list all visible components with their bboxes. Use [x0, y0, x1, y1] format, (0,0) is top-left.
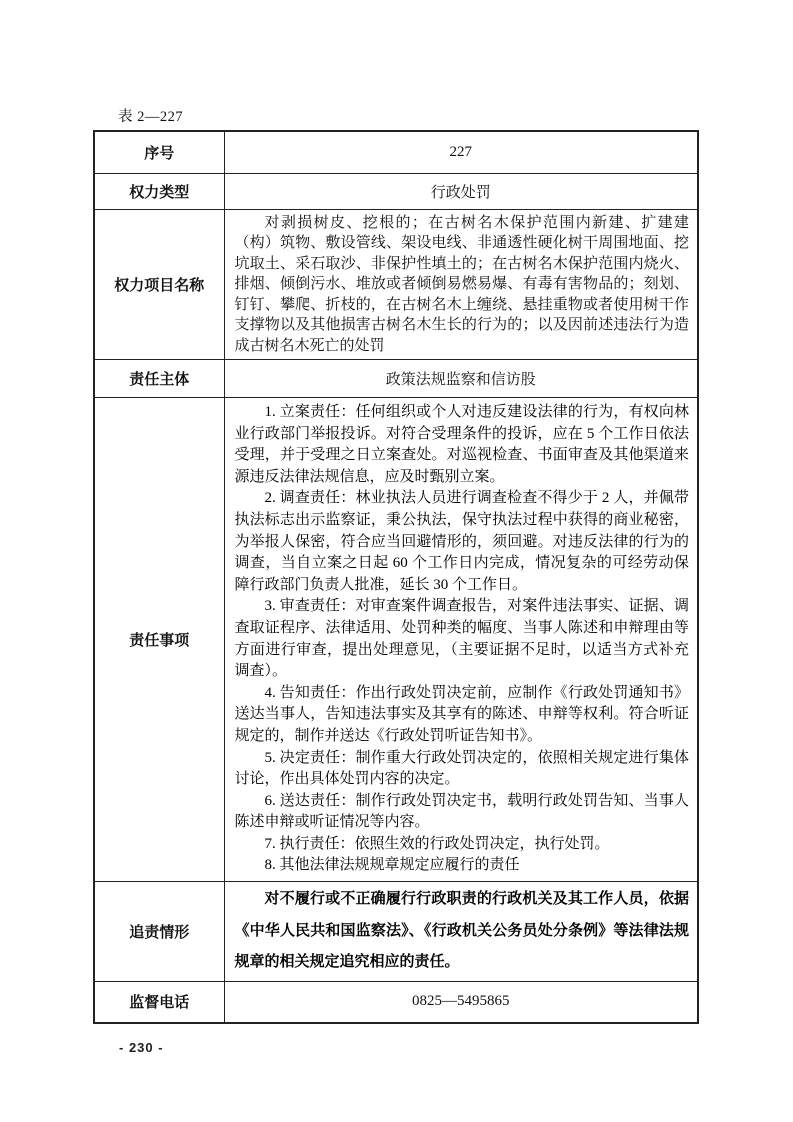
row-label-supervision-phone: 监督电话 [94, 981, 224, 1023]
responsibility-item: 8. 其他法律法规规章规定应履行的责任 [235, 855, 690, 877]
responsibility-item: 2. 调查责任：林业执法人员进行调查检查不得少于 2 人，并佩带执法标志出示监察… [235, 488, 690, 596]
row-value-power-type: 行政处罚 [224, 173, 698, 209]
row-value-accountability: 对不履行或不正确履行行政职责的行政机关及其工作人员，依据《中华人民共和国监察法》… [224, 882, 698, 982]
responsibility-item: 1. 立案责任：任何组织或个人对违反建设法律的行为，有权向林业行政部门举报投诉。… [235, 402, 690, 488]
row-label-power-type: 权力类型 [94, 173, 224, 209]
row-label-responsibility-items: 责任事项 [94, 398, 224, 882]
table-row-responsibility-items: 责任事项 1. 立案责任：任何组织或个人对违反建设法律的行为，有权向林业行政部门… [94, 398, 698, 882]
document-page: 表 2—227 序号 227 权力类型 行政处罚 权力项目名称 对剥损树皮、挖根… [0, 0, 793, 1122]
accountability-description: 对不履行或不正确履行行政职责的行政机关及其工作人员，依据《中华人民共和国监察法》… [235, 884, 690, 979]
responsibility-item: 5. 决定责任：制作重大行政处罚决定的，依照相关规定进行集体讨论，作出具体处罚内… [235, 748, 690, 791]
row-value-supervision-phone: 0825—5495865 [224, 981, 698, 1023]
table-caption: 表 2—227 [118, 105, 183, 126]
row-label-serial-number: 序号 [94, 131, 224, 173]
row-label-responsible-entity: 责任主体 [94, 360, 224, 398]
row-label-power-item-name: 权力项目名称 [94, 209, 224, 360]
responsibility-item: 4. 告知责任：作出行政处罚决定前，应制作《行政处罚通知书》送达当事人，告知违法… [235, 683, 690, 748]
table-row-supervision-phone: 监督电话 0825—5495865 [94, 981, 698, 1023]
responsibility-item: 7. 执行责任：依照生效的行政处罚决定，执行处罚。 [235, 834, 690, 856]
power-item-description: 对剥损树皮、挖根的；在古树名木保护范围内新建、扩建建（构）筑物、敷设管线、架设电… [235, 213, 690, 357]
row-value-responsibility-items: 1. 立案责任：任何组织或个人对违反建设法律的行为，有权向林业行政部门举报投诉。… [224, 398, 698, 882]
responsibility-item: 3. 审查责任：对审查案件调查报告，对案件违法事实、证据、调查取证程序、法律适用… [235, 596, 690, 682]
table-row-serial-number: 序号 227 [94, 131, 698, 173]
row-value-power-item-name: 对剥损树皮、挖根的；在古树名木保护范围内新建、扩建建（构）筑物、敷设管线、架设电… [224, 209, 698, 360]
responsibility-item: 6. 送达责任：制作行政处罚决定书，载明行政处罚告知、当事人陈述申辩或听证情况等… [235, 791, 690, 834]
table-row-accountability: 追责情形 对不履行或不正确履行行政职责的行政机关及其工作人员，依据《中华人民共和… [94, 882, 698, 982]
row-value-responsible-entity: 政策法规监察和信访股 [224, 360, 698, 398]
row-label-accountability: 追责情形 [94, 882, 224, 982]
page-number: - 230 - [119, 1040, 164, 1055]
row-value-serial-number: 227 [224, 131, 698, 173]
power-matrix-table: 序号 227 权力类型 行政处罚 权力项目名称 对剥损树皮、挖根的；在古树名木保… [93, 130, 699, 1024]
table-row-power-type: 权力类型 行政处罚 [94, 173, 698, 209]
table-row-power-item-name: 权力项目名称 对剥损树皮、挖根的；在古树名木保护范围内新建、扩建建（构）筑物、敷… [94, 209, 698, 360]
table-row-responsible-entity: 责任主体 政策法规监察和信访股 [94, 360, 698, 398]
